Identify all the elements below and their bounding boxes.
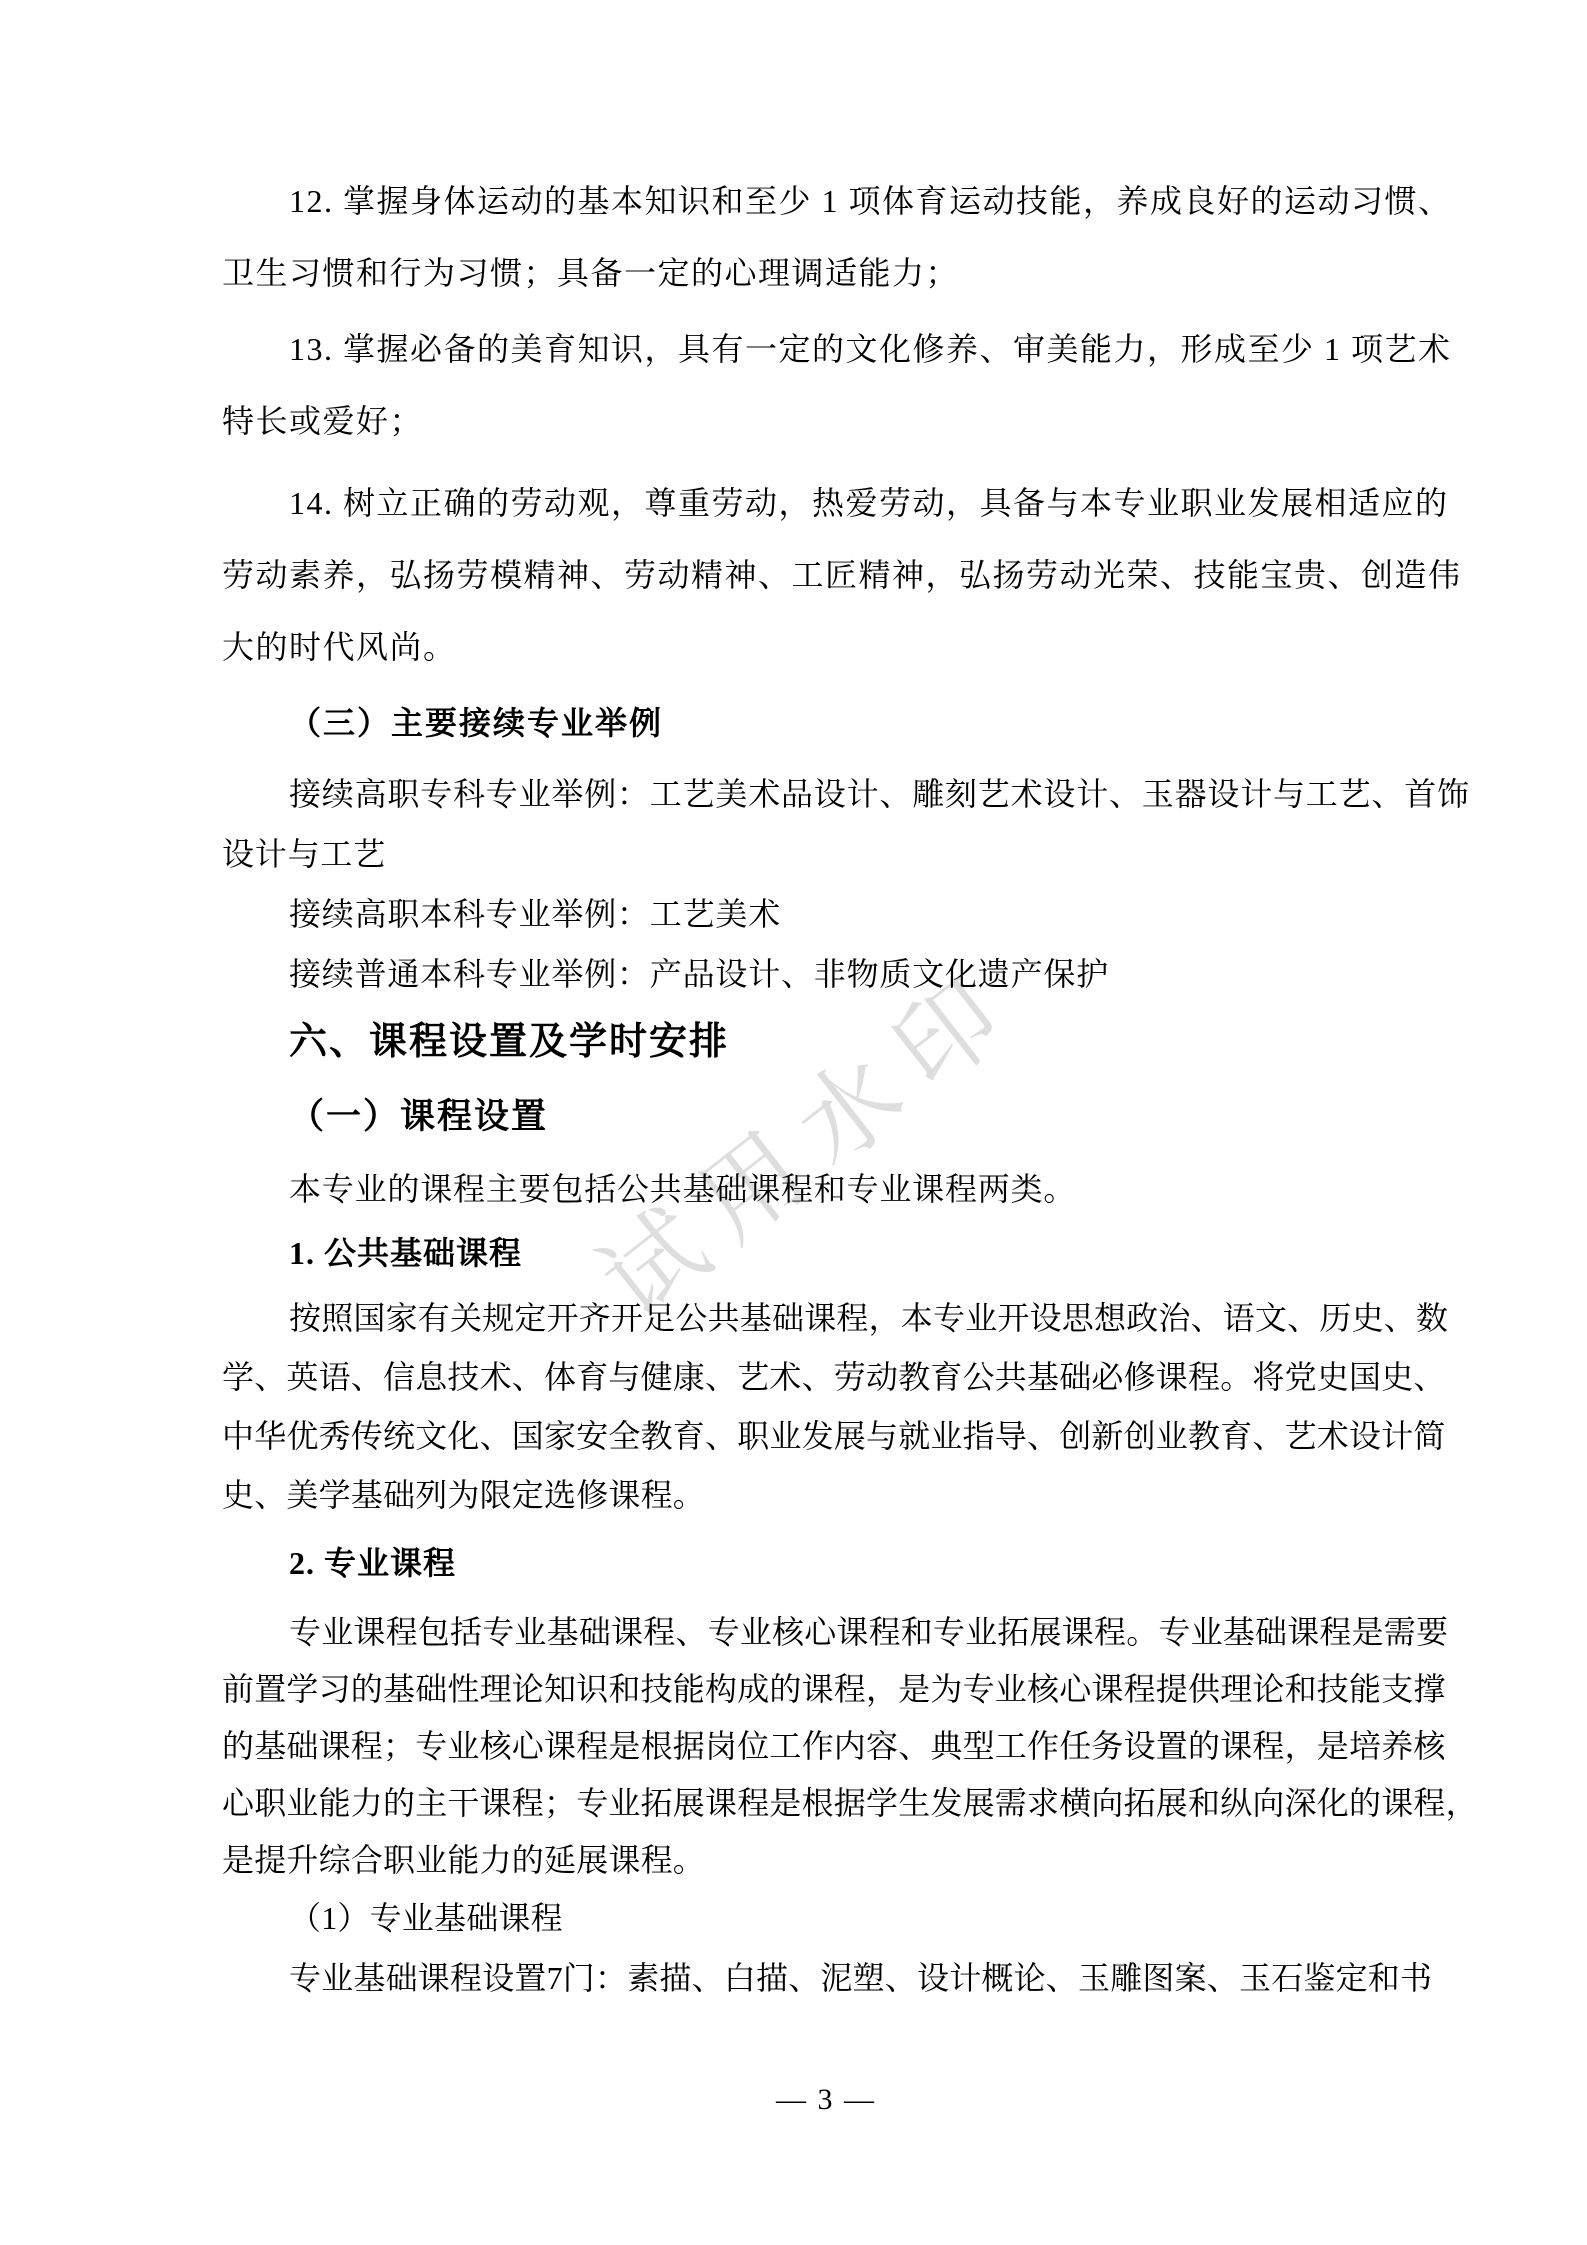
heading-public-basic-courses: 1. 公共基础课程 <box>222 1223 1430 1283</box>
paragraph-continuation-zhuanke: 接续高职专科专业举例：工艺美术品设计、雕刻艺术设计、玉器设计与工艺、首饰 设计与… <box>222 764 1430 884</box>
paragraph-professional-courses: 专业课程包括专业基础课程、专业核心课程和专业拓展课程。专业基础课程是需要 前置学… <box>222 1604 1430 1889</box>
heading-section-six: 六、课程设置及学时安排 <box>222 1010 1430 1074</box>
page-number: — 3 — <box>222 2080 1430 2120</box>
heading-section-three: （三）主要接续专业举例 <box>222 687 1430 759</box>
document-page: 试用水印 12. 掌握身体运动的基本知识和至少 1 项体育运动技能，养成良好的运… <box>0 0 1587 2245</box>
heading-subsection-one: （一）课程设置 <box>222 1085 1430 1149</box>
paragraph-continuation-gaozhi-benke: 接续高职本科专业举例：工艺美术 <box>222 884 1430 944</box>
paragraph-basic-course-list: 专业基础课程设置7门：素描、白描、泥塑、设计概论、玉雕图案、玉石鉴定和书 <box>222 1950 1430 2007</box>
paragraph-course-intro: 本专业的课程主要包括公共基础课程和专业课程两类。 <box>222 1159 1430 1219</box>
paragraph-item-14: 14. 树立正确的劳动观，尊重劳动，热爱劳动，具备与本专业职业发展相适应的 劳动… <box>222 467 1430 683</box>
paragraph-item-12: 12. 掌握身体运动的基本知识和至少 1 项体育运动技能，养成良好的运动习惯、 … <box>222 165 1430 309</box>
heading-professional-courses: 2. 专业课程 <box>222 1533 1430 1593</box>
page-body: 12. 掌握身体运动的基本知识和至少 1 项体育运动技能，养成良好的运动习惯、 … <box>0 0 1587 2120</box>
paragraph-item-13: 13. 掌握必备的美育知识，具有一定的文化修养、审美能力，形成至少 1 项艺术 … <box>222 313 1430 457</box>
paragraph-continuation-putong-benke: 接续普通本科专业举例：产品设计、非物质文化遗产保护 <box>222 944 1430 1004</box>
heading-basic-course-item: （1）专业基础课程 <box>222 1890 1430 1947</box>
paragraph-public-basic-courses: 按照国家有关规定开齐开足公共基础课程，本专业开设思想政治、语文、历史、数 学、英… <box>222 1289 1430 1525</box>
